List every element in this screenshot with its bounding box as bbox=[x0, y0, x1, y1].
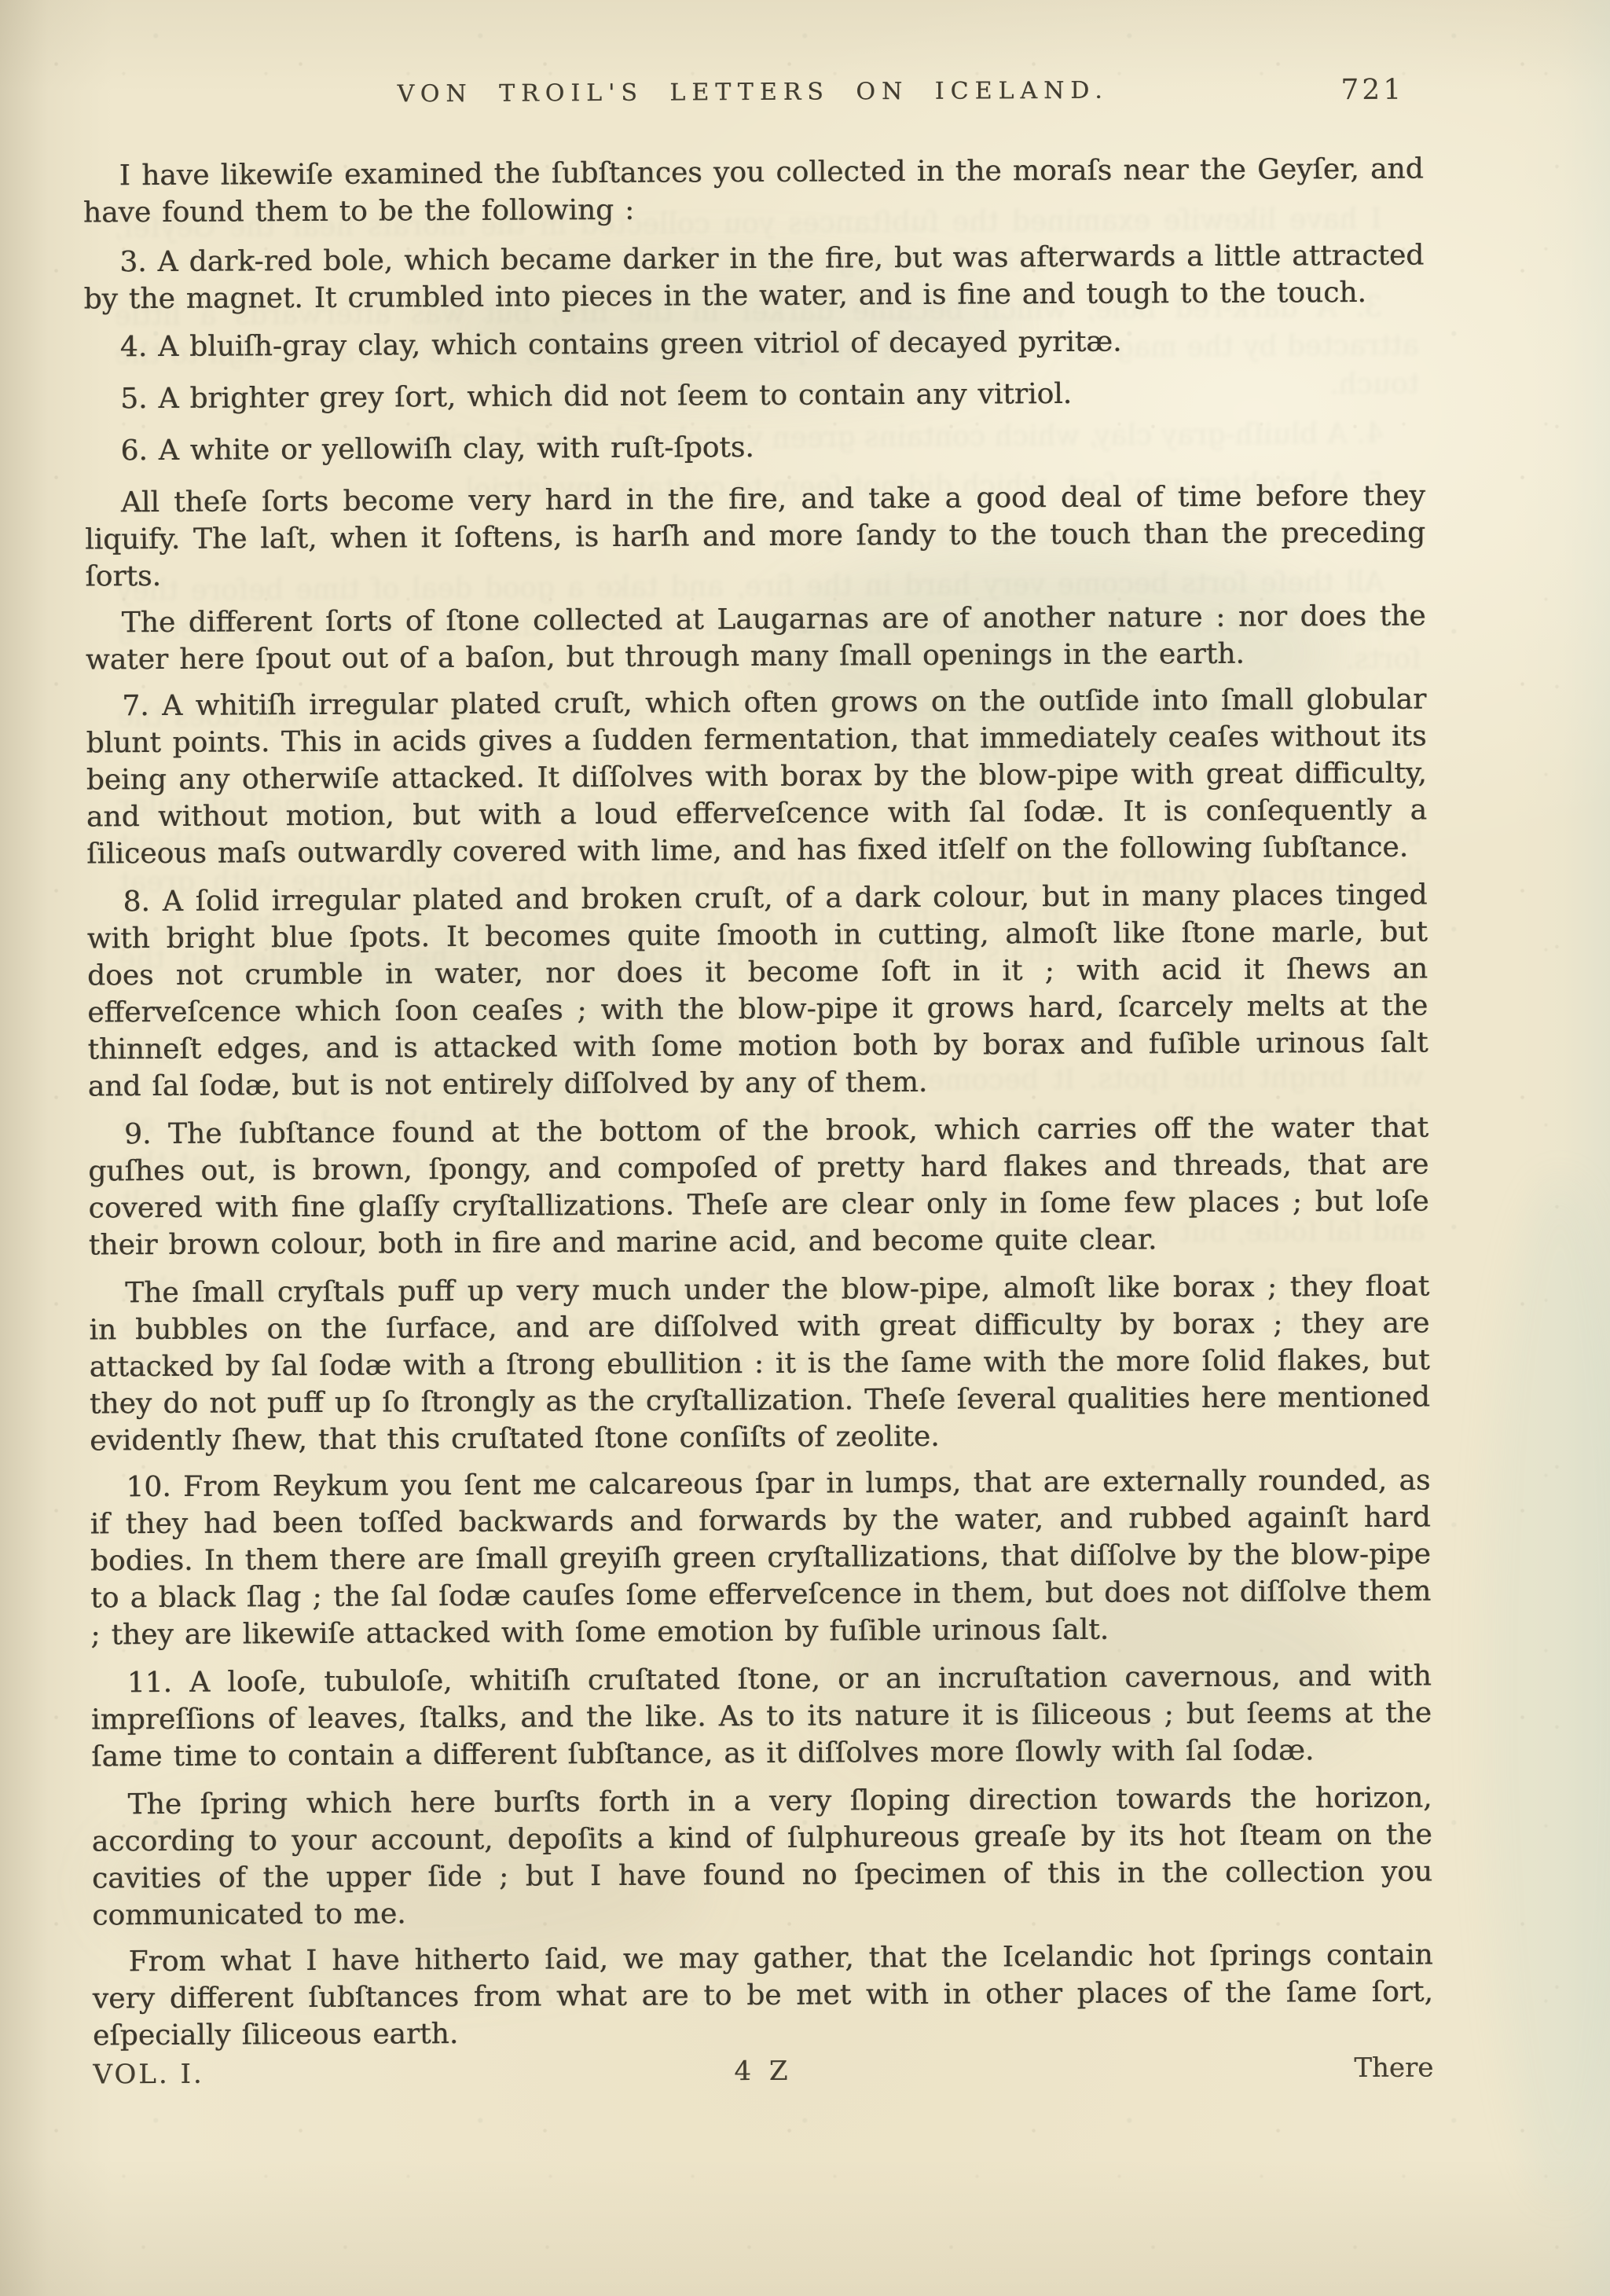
volume-label: VOL. I. bbox=[93, 2056, 540, 2090]
list-item: 9. The ſubſtance found at the bottom of … bbox=[88, 1109, 1429, 1264]
paragraph: From what I have hitherto ſaid, we may g… bbox=[93, 1937, 1434, 2055]
text-block: VON TROIL'S LETTERS ON ICELAND. 721 I ha… bbox=[83, 75, 1434, 2157]
page-footer: VOL. I. 4 Z There bbox=[93, 2052, 1433, 2091]
paragraph: The ſmall cryſtals puff up very much und… bbox=[89, 1268, 1430, 1460]
page-number: 721 bbox=[1340, 74, 1404, 106]
paragraph: All theſe ſorts become very hard in the … bbox=[85, 478, 1426, 596]
catchword: There bbox=[987, 2052, 1434, 2086]
book-page-scan: I have likewiſe examined the ſubſtances … bbox=[0, 0, 1610, 2296]
list-item: 6. A white or yellowiſh clay, with ruſt-… bbox=[84, 426, 1425, 470]
list-item: 10. From Reykum you ſent me calcareous ſ… bbox=[90, 1462, 1431, 1654]
text-body: I have likewiſe examined the ſubſtances … bbox=[83, 151, 1434, 2055]
paragraph: The ſpring which here burſts forth in a … bbox=[91, 1780, 1432, 1935]
list-item: 3. A dark-red bole, which became darker … bbox=[83, 237, 1424, 318]
paragraph: The different ſorts of ſtone collected a… bbox=[86, 598, 1426, 679]
running-header: VON TROIL'S LETTERS ON ICELAND. 721 bbox=[83, 75, 1423, 117]
page-right-edge-tint bbox=[1485, 1179, 1610, 2200]
list-item: 7. A whitiſh irregular plated cruſt, whi… bbox=[86, 681, 1427, 873]
list-item: 5. A brighter grey ſort, which did not ſ… bbox=[84, 374, 1425, 418]
paragraph: I have likewiſe examined the ſubſtances … bbox=[83, 151, 1424, 232]
signature-mark: 4 Z bbox=[540, 2054, 987, 2088]
running-header-title: VON TROIL'S LETTERS ON ICELAND. bbox=[397, 77, 1108, 108]
list-item: 8. A ſolid irregular plated and broken c… bbox=[86, 877, 1428, 1106]
list-item: 11. A looſe, tubuloſe, whitiſh cruſtated… bbox=[91, 1658, 1432, 1776]
list-item: 4. A bluiſh-gray clay, which contains gr… bbox=[84, 322, 1425, 366]
